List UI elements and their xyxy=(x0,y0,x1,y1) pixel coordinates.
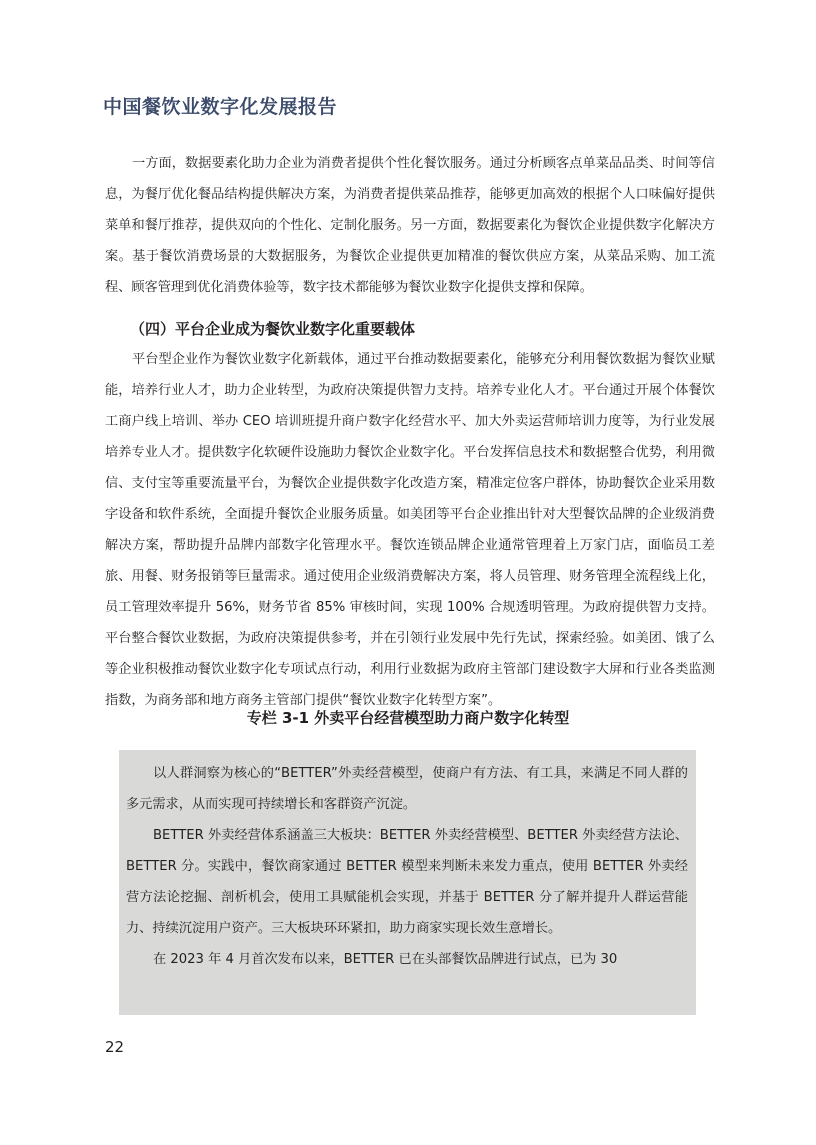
sidebar-paragraph: 在 2023 年 4 月首次发布以来，BETTER 已在头部餐饮品牌进行试点，已… xyxy=(126,944,688,975)
sidebar-box-title: 专栏 3-1 外卖平台经营模型助力商户数字化转型 xyxy=(0,707,816,728)
section-paragraph: 平台型企业作为餐饮业数字化新载体，通过平台推动数据要素化，能够充分利用餐饮数据为… xyxy=(105,344,715,716)
sidebar-paragraph: 以人群洞察为核心的“BETTER”外卖经营模型，使商户有方法、有工具，来满足不同… xyxy=(126,758,688,820)
section-heading: （四）平台企业成为餐饮业数字化重要载体 xyxy=(130,318,415,339)
report-header-title: 中国餐饮业数字化发展报告 xyxy=(103,92,337,119)
sidebar-box-content: 以人群洞察为核心的“BETTER”外卖经营模型，使商户有方法、有工具，来满足不同… xyxy=(126,758,688,975)
intro-paragraph: 一方面，数据要素化助力企业为消费者提供个性化餐饮服务。通过分析顾客点单菜品品类、… xyxy=(105,148,715,303)
sidebar-box: 以人群洞察为核心的“BETTER”外卖经营模型，使商户有方法、有工具，来满足不同… xyxy=(119,750,696,1015)
page-number: 22 xyxy=(105,1038,124,1056)
sidebar-paragraph: BETTER 外卖经营体系涵盖三大板块：BETTER 外卖经营模型、BETTER… xyxy=(126,820,688,944)
